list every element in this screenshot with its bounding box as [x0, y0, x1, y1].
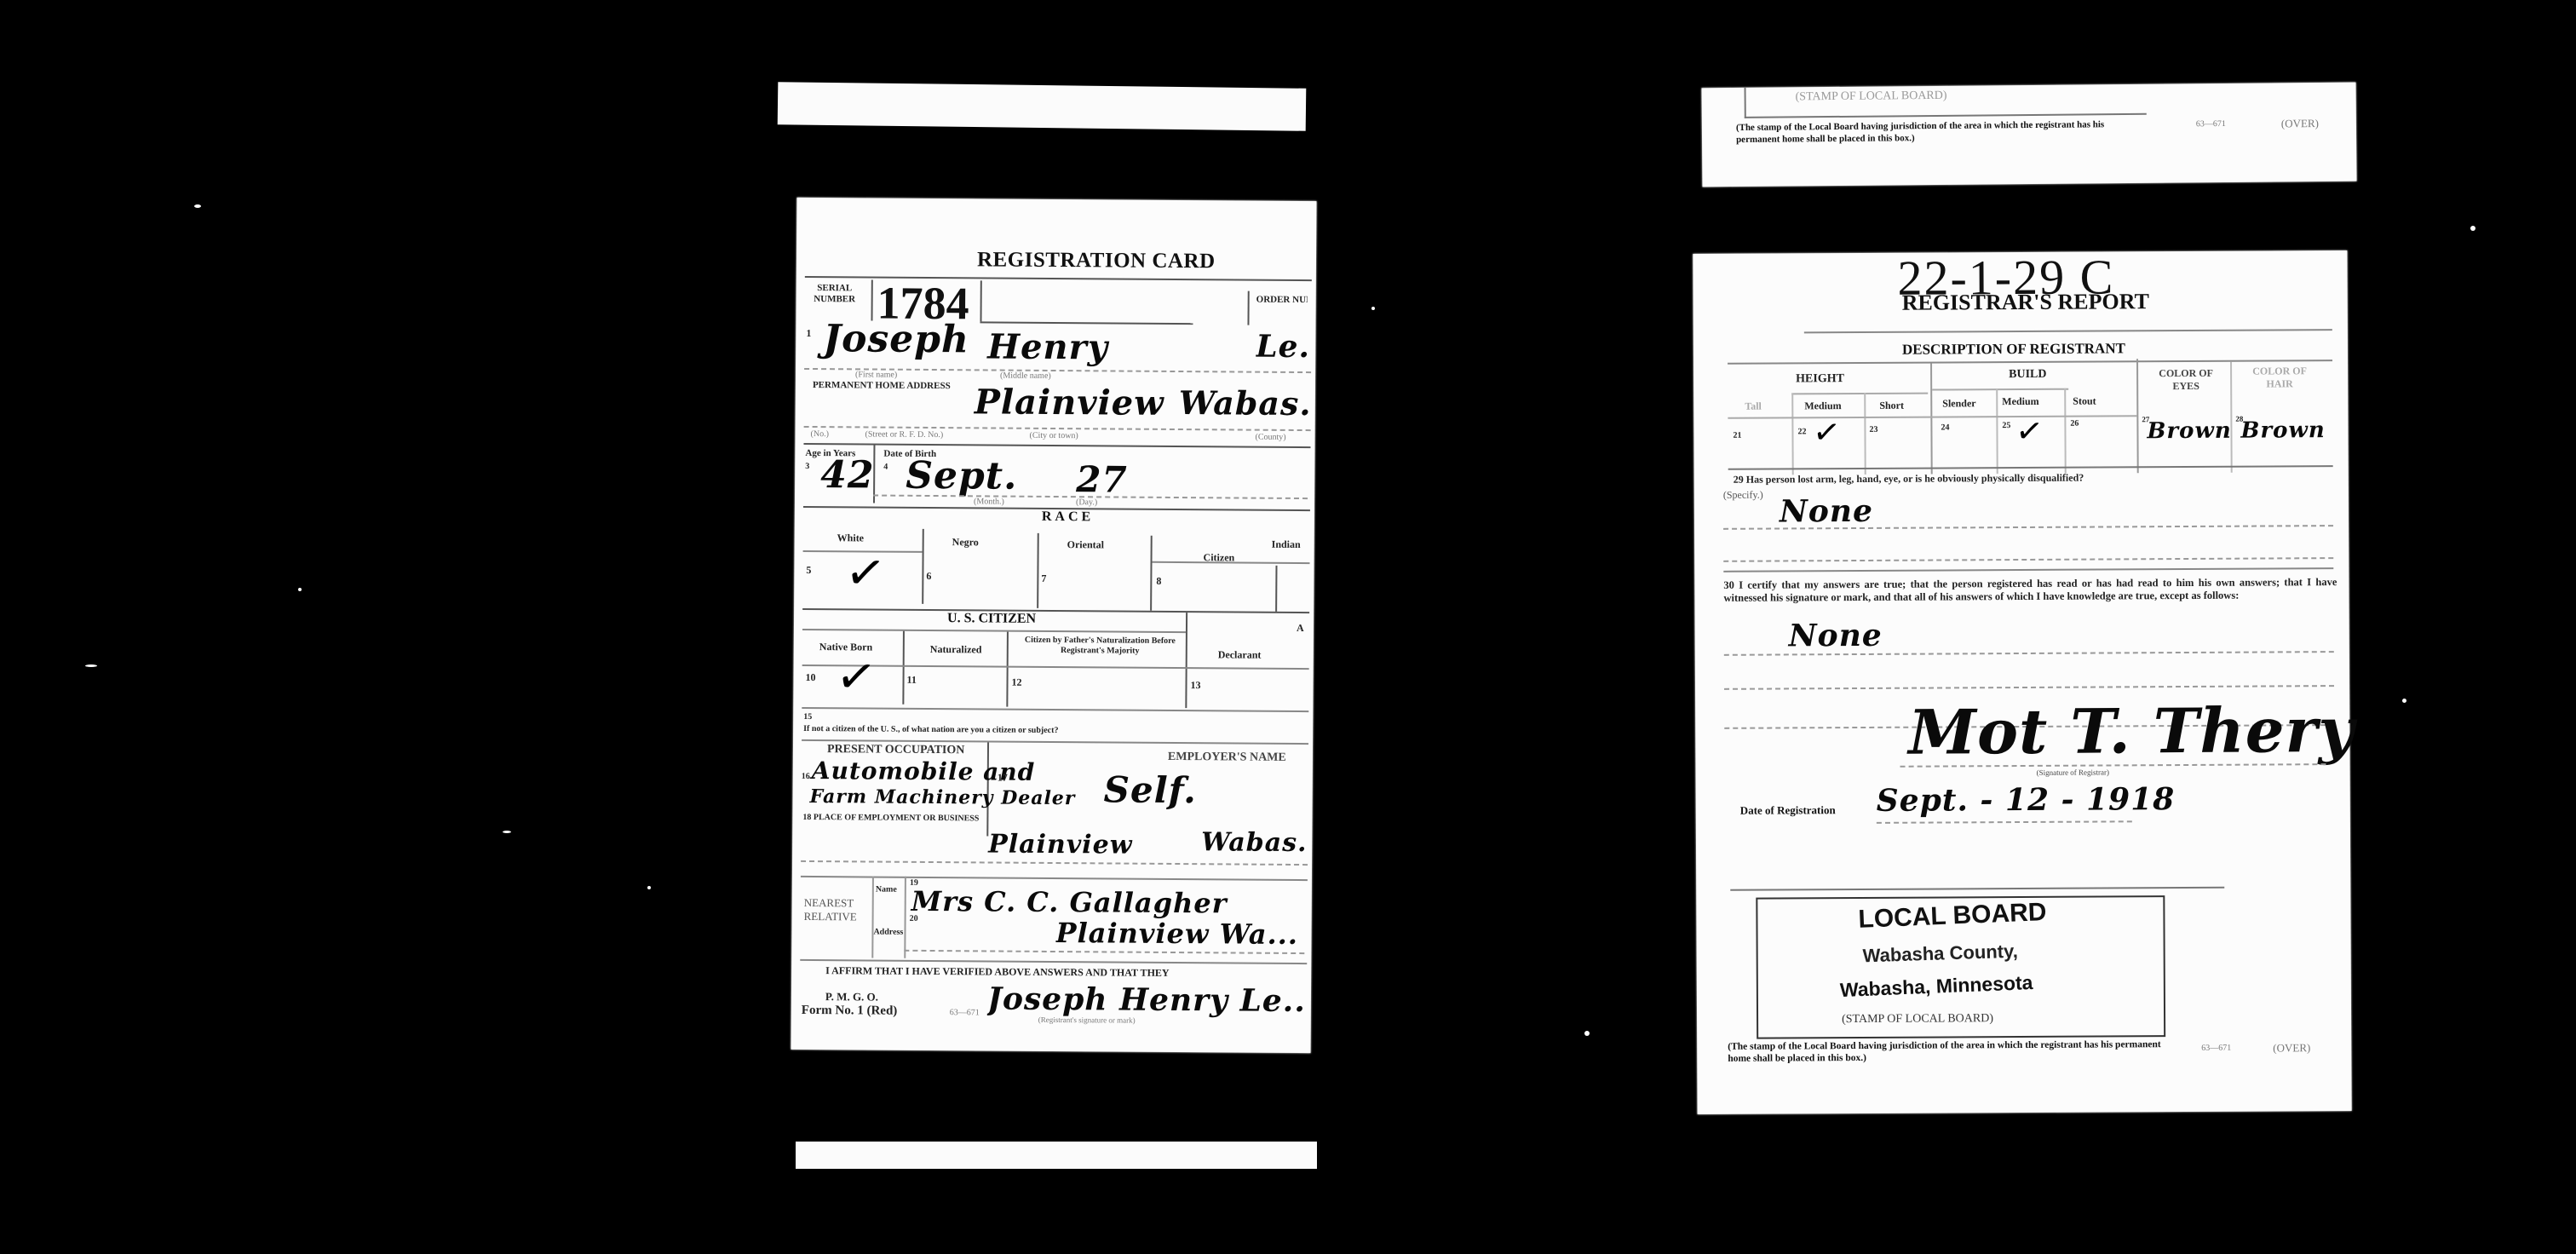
- print-code: 63—671: [950, 1008, 980, 1017]
- relative-name-label: Name: [876, 885, 897, 894]
- field-number: 25: [2002, 421, 2010, 430]
- race-negro-label: Negro: [952, 536, 979, 549]
- field-number: 4: [883, 463, 888, 472]
- citizen-declarant-label: Declarant: [1218, 648, 1262, 661]
- film-speck: [2402, 699, 2406, 703]
- registrars-report-card: 22-1-29 C REGISTRAR'S REPORT DESCRIPTION…: [1693, 250, 2351, 1114]
- field-number: 7: [1041, 572, 1046, 585]
- report-title: REGISTRAR'S REPORT: [1902, 289, 2149, 316]
- field-number: 21: [1733, 431, 1741, 440]
- field-number: 24: [1941, 423, 1949, 432]
- film-speck: [1371, 307, 1375, 310]
- build-medium-checkmark: ✓: [2014, 411, 2045, 452]
- registrant-last-name: Le...: [1256, 329, 1312, 365]
- registrant-signature: Joseph Henry Le...: [987, 981, 1308, 1019]
- sublabel: (Day.): [1076, 498, 1097, 507]
- q29-answer: None: [1780, 493, 1873, 530]
- relative-name: Mrs C. C. Gallagher: [911, 885, 1228, 920]
- nearest-relative-label: NEAREST RELATIVE: [804, 896, 872, 924]
- build-medium-label: Medium: [2002, 395, 2038, 408]
- film-speck: [503, 831, 511, 833]
- field-number: 16: [802, 772, 810, 781]
- citizen-native-born-checkmark: ✓: [832, 647, 880, 707]
- film-speck: [1584, 1031, 1590, 1036]
- dob-month: Sept.: [906, 454, 1018, 498]
- employer-label: EMPLOYER'S NAME: [1168, 751, 1313, 765]
- report-over-label: (OVER): [2273, 1041, 2310, 1055]
- film-speck: [194, 204, 201, 208]
- field-number: 11: [906, 674, 916, 687]
- place-county: Wabas...: [1201, 827, 1308, 858]
- citizen-naturalized-label: Naturalized: [930, 643, 982, 656]
- q29-question: 29 Has person lost arm, leg, hand, eye, …: [1734, 472, 2084, 486]
- film-speck: [298, 588, 302, 591]
- eyes-label: COLOR OF EYES: [2153, 367, 2218, 393]
- sublabel: (Middle name): [1000, 371, 1051, 381]
- sublabel: (No.): [811, 429, 829, 439]
- home-address-county: Wabas...: [1179, 383, 1312, 423]
- print-code: 63—671: [2196, 119, 2226, 129]
- report-print-code: 63—671: [2201, 1044, 2231, 1053]
- field-number: 17: [998, 772, 1008, 785]
- q29-specify-label: (Specify.): [1723, 489, 1763, 502]
- signature-label: (Registrant's signature or mark): [1038, 1015, 1136, 1025]
- form-id-line-2: Form No. 1 (Red): [802, 1004, 898, 1019]
- field-number: 6: [926, 570, 931, 583]
- field-number: 23: [1869, 425, 1877, 434]
- relative-address: Plainview Wa...: [1055, 917, 1308, 951]
- registrar-signature-label: (Signature of Registrar): [2037, 768, 2110, 776]
- occupation-line-2: Farm Machinery Dealer: [809, 785, 1075, 809]
- form-id-line-1: P. M. G. O.: [825, 990, 878, 1004]
- field-number: 8: [1156, 575, 1161, 588]
- build-label: BUILD: [2009, 368, 2046, 382]
- registration-date-label: Date of Registration: [1740, 803, 1836, 818]
- over-label: (OVER): [2281, 117, 2319, 130]
- field-number: 20: [910, 914, 918, 923]
- sublabel: (County): [1256, 433, 1286, 442]
- registration-date: Sept. - 12 - 1918: [1877, 781, 2176, 819]
- race-indian-label: Indian: [1272, 538, 1311, 551]
- height-medium-label: Medium: [1804, 400, 1841, 412]
- field-number: 5: [806, 564, 811, 577]
- field-number: 26: [2070, 419, 2079, 429]
- serial-label: SERIAL NUMBER: [805, 283, 865, 305]
- height-medium-checkmark: ✓: [1811, 411, 1843, 452]
- field-number: 3: [805, 462, 809, 471]
- field-number: 10: [806, 671, 816, 684]
- previous-report-fragment: (STAMP OF LOCAL BOARD) (The stamp of the…: [1702, 83, 2357, 187]
- occupation-label: PRESENT OCCUPATION: [827, 743, 965, 757]
- build-stout-label: Stout: [2073, 395, 2096, 408]
- registrant-middle-name: Henry: [987, 326, 1108, 367]
- place-of-employment-label: 18 PLACE OF EMPLOYMENT OR BUSINESS: [802, 813, 979, 823]
- order-number-label: ORDER NUMBER: [1256, 295, 1308, 306]
- film-speck: [2470, 226, 2475, 231]
- field-number: 13: [1190, 679, 1200, 692]
- field-number: 1: [806, 327, 811, 340]
- q15-question: If not a citizen of the U. S., of what n…: [803, 724, 1058, 735]
- field-number: 12: [1011, 676, 1021, 689]
- affirmation-text: I AFFIRM THAT I HAVE VERIFIED ABOVE ANSW…: [825, 964, 1308, 981]
- place-city: Plainview: [988, 829, 1133, 860]
- home-address-label: PERMANENT HOME ADDRESS: [813, 380, 951, 391]
- race-white-checkmark: ✓: [842, 543, 889, 603]
- q30-answer: None: [1789, 618, 1883, 654]
- home-address-city: Plainview: [975, 382, 1164, 423]
- adjacent-card-bottom-fragment: [796, 1142, 1317, 1169]
- film-speck: [647, 886, 651, 889]
- citizen-title: U. S. CITIZEN: [947, 611, 1036, 627]
- sublabel: (City or town): [1030, 431, 1078, 440]
- description-title: DESCRIPTION OF REGISTRANT: [1902, 340, 2125, 358]
- dob-day: 27: [1076, 458, 1128, 500]
- registrant-first-name: Joseph: [823, 317, 969, 361]
- alien-label: A: [1297, 622, 1304, 635]
- stamp-note: (The stamp of the Local Board having jur…: [1736, 118, 2136, 146]
- field-number: 22: [1797, 427, 1806, 436]
- stamp-caption: (STAMP OF LOCAL BOARD): [1842, 1012, 1993, 1027]
- adjacent-card-top-fragment: [778, 82, 1307, 131]
- citizen-by-father-label: Citizen by Father's Naturalization Befor…: [1017, 636, 1183, 657]
- field-number: 15: [803, 712, 812, 722]
- sublabel: (First name): [855, 370, 897, 379]
- q30-certification: 30 I certify that my answers are true; t…: [1723, 576, 2337, 605]
- film-speck: [85, 664, 97, 667]
- height-tall-label: Tall: [1745, 400, 1762, 413]
- relative-address-label: Address: [873, 928, 903, 937]
- stamp-caption: (STAMP OF LOCAL BOARD): [1796, 89, 1947, 105]
- hair-label: COLOR OF HAIR: [2247, 365, 2312, 390]
- race-title: RACE: [1042, 509, 1094, 525]
- employer-value: Self.: [1103, 768, 1197, 811]
- build-slender-label: Slender: [1942, 397, 1975, 410]
- card-title: REGISTRATION CARD: [977, 248, 1216, 273]
- age-value: 42: [820, 453, 875, 497]
- height-short-label: Short: [1879, 400, 1904, 412]
- hair-color: Brown: [2240, 417, 2325, 444]
- sublabel: (Month.): [974, 497, 1004, 506]
- registration-card: REGISTRATION CARD SERIAL NUMBER 1784 ORD…: [791, 198, 1317, 1053]
- registrar-signature: Mot T. Thery: [1908, 693, 2355, 768]
- height-label: HEIGHT: [1796, 372, 1844, 386]
- sublabel: (Street or R. F. D. No.): [865, 429, 944, 440]
- eye-color: Brown: [2147, 418, 2231, 445]
- stamp-note: (The stamp of the Local Board having jur…: [1728, 1038, 2171, 1065]
- race-oriental-label: Oriental: [1067, 538, 1104, 551]
